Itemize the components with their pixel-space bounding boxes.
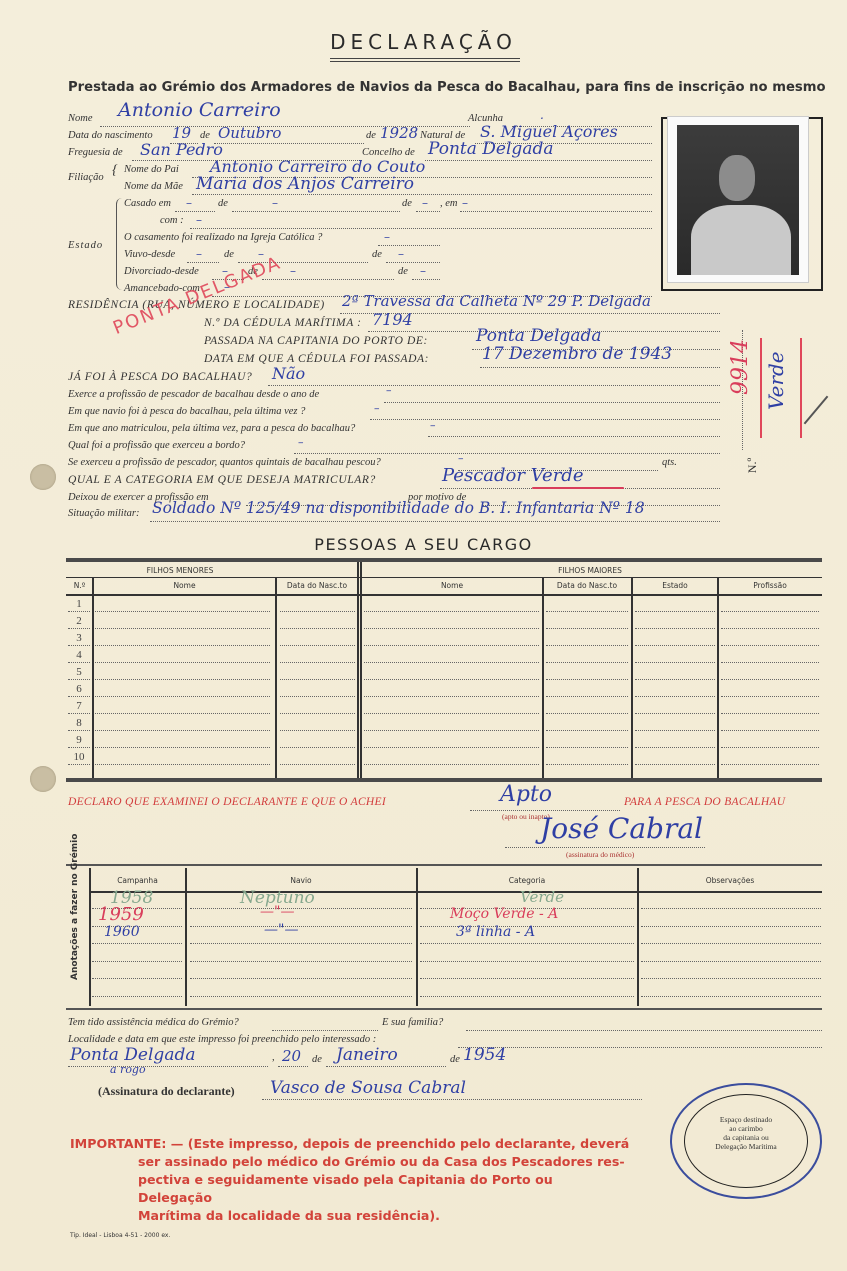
col-campanha: Campanha	[90, 876, 185, 885]
medico-signature-hint: (assinatura do médico)	[566, 850, 634, 859]
cargo-cell-line[interactable]	[280, 662, 355, 663]
divorciado-ano-value[interactable]: –	[420, 264, 426, 278]
cargo-cell-line[interactable]	[546, 713, 628, 714]
profissao-label: Qual foi a profissão que exerceu a bordo…	[68, 440, 245, 451]
cargo-cell-line[interactable]	[635, 662, 715, 663]
divorciado-ano-line	[412, 279, 440, 280]
anotacoes-cell-line[interactable]	[420, 978, 634, 979]
cargo-cell-line[interactable]	[280, 730, 355, 731]
anotacoes-bottom-rule	[66, 1008, 822, 1010]
cargo-cell-line[interactable]	[721, 679, 819, 680]
col-divider	[631, 578, 633, 778]
categoria-1960[interactable]: 3ª linha - A	[456, 924, 535, 940]
anotacoes-cell-line[interactable]	[641, 908, 821, 909]
pai-label: Nome do Pai	[124, 164, 179, 175]
viuvo-dia-line	[187, 262, 219, 263]
seal-text: Espaço destinado ao carimbo da capitania…	[672, 1115, 820, 1151]
de-label: de	[450, 1054, 460, 1065]
declaration-form: DECLARAÇÃO Prestada ao Grémio dos Armado…	[0, 0, 847, 1271]
filiacao-brace: {	[112, 163, 118, 179]
mes-line	[326, 1066, 446, 1067]
igreja-label: O casamento foi realizado na Igreja Cató…	[124, 232, 322, 243]
cargo-cell-line[interactable]	[95, 611, 270, 612]
viuvo-dia-value[interactable]: –	[196, 247, 202, 261]
filhos-maiores-header: FILHOS MAIORES	[360, 566, 820, 575]
cargo-cell-line[interactable]	[546, 747, 628, 748]
capitania-value[interactable]: Ponta Delgada	[476, 326, 601, 346]
campanha-1959[interactable]: 1959	[98, 904, 144, 925]
cargo-cell-line[interactable]	[635, 679, 715, 680]
data-cedula-line	[480, 367, 720, 368]
cargo-cell-line[interactable]	[546, 679, 628, 680]
filhos-menores-header: FILHOS MENORES	[90, 566, 270, 575]
ja-foi-label: JÁ FOI À PESCA DO BACALHAU?	[68, 371, 252, 383]
concelho-value[interactable]: Ponta Delgada	[428, 139, 553, 159]
header-divider	[66, 577, 822, 578]
cargo-cell-line[interactable]	[95, 747, 270, 748]
casado-label: Casado em	[124, 198, 171, 209]
categoria-label: QUAL E A CATEGORIA EM QUE DESEJA MATRICU…	[68, 474, 376, 486]
col-divider	[89, 868, 91, 1006]
comma: ,	[272, 1052, 275, 1063]
quintais-value[interactable]: –	[458, 452, 464, 465]
table-top-rule	[66, 558, 822, 562]
applicant-photo	[668, 117, 808, 282]
divorciado-label: Divorciado-desde	[124, 266, 199, 277]
anotacoes-cell-line[interactable]	[190, 943, 412, 944]
cargo-cell-line[interactable]	[364, 747, 539, 748]
localidade-line-top	[458, 1047, 822, 1048]
cargo-cell-line[interactable]	[546, 628, 628, 629]
col-divider	[416, 868, 418, 1006]
cargo-cell-line[interactable]	[95, 730, 270, 731]
col-nome-menores: Nome	[93, 581, 276, 590]
casado-dia-line	[175, 211, 215, 212]
cargo-cell-line[interactable]	[95, 679, 270, 680]
cargo-cell-line[interactable]	[721, 696, 819, 697]
cargo-cell-line[interactable]	[95, 764, 270, 765]
a-rogo-note: a rogo	[110, 1063, 146, 1076]
cargo-cell-line[interactable]	[364, 679, 539, 680]
cargo-cell-line[interactable]	[95, 645, 270, 646]
de-label: de	[224, 249, 234, 260]
anotacoes-cell-line[interactable]	[641, 943, 821, 944]
ano-line	[428, 436, 720, 437]
mae-line	[192, 194, 652, 195]
anotacoes-cell-line[interactable]	[92, 978, 182, 979]
cargo-cell-line[interactable]	[280, 696, 355, 697]
concelho-line	[425, 160, 652, 161]
anotacoes-cell-line[interactable]	[420, 961, 634, 962]
cargo-cell-line[interactable]	[721, 747, 819, 748]
row-number: 8	[69, 717, 89, 729]
printer-footer: Tip. Ideal - Lisboa 4-51 - 2000 ex.	[70, 1232, 170, 1239]
cargo-cell-line[interactable]	[546, 764, 628, 765]
anotacoes-side-label: Anotações a fazer no Grémio	[70, 834, 80, 980]
militar-line	[150, 521, 720, 522]
casado-mes-value[interactable]: –	[272, 196, 278, 210]
anotacoes-cell-line[interactable]	[641, 978, 821, 979]
quintais-label: Se exerceu a profissão de pescador, quan…	[68, 457, 381, 468]
page-title: DECLARAÇÃO	[0, 30, 847, 54]
important-notice: IMPORTANTE: — (Este impresso, depois de …	[70, 1135, 630, 1225]
col-observacoes: Observações	[638, 876, 822, 885]
freguesia-label: Freguesia de	[68, 147, 123, 158]
important-line: pectiva e seguidamente visado pela Capit…	[70, 1171, 630, 1207]
numero-value[interactable]: 9914	[728, 339, 753, 395]
casado-ano-value[interactable]: –	[422, 196, 428, 210]
viuvo-label: Viuvo-desde	[124, 249, 175, 260]
row-number: 6	[69, 683, 89, 695]
cargo-cell-line[interactable]	[95, 713, 270, 714]
assinatura-label: (Assinatura do declarante)	[98, 1084, 235, 1099]
check-mark-icon	[804, 396, 829, 425]
cargo-cell-line[interactable]	[280, 611, 355, 612]
col-estado: Estado	[632, 581, 718, 590]
row-number-line	[68, 662, 90, 663]
apto-line	[470, 810, 620, 811]
cargo-cell-line[interactable]	[721, 645, 819, 646]
de-label: de	[372, 249, 382, 260]
medico-signature-line	[505, 847, 705, 848]
qts-label: qts.	[662, 457, 677, 468]
profissao-value[interactable]: –	[298, 436, 304, 449]
row-number: 9	[69, 734, 89, 746]
com-label: com :	[160, 215, 184, 226]
capitania-label: PASSADA NA CAPITANIA DO PORTO DE:	[204, 335, 428, 347]
col-divider	[357, 562, 359, 778]
cargo-cell-line[interactable]	[546, 611, 628, 612]
ano-value[interactable]: –	[430, 419, 436, 432]
col-nasc-maiores: Data do Nasc.to	[543, 581, 631, 590]
cargo-cell-line[interactable]	[364, 662, 539, 663]
anotacoes-cell-line[interactable]	[641, 926, 821, 927]
cedula-value[interactable]: 7194	[372, 310, 413, 329]
data-cedula-value[interactable]: 17 Dezembro de 1943	[482, 344, 672, 364]
anotacoes-cell-line[interactable]	[190, 978, 412, 979]
assistencia-label: Tem tido assistência médica do Grémio?	[68, 1017, 239, 1028]
col-numero: N.º	[66, 581, 93, 590]
anotacoes-cell-line[interactable]	[190, 961, 412, 962]
header-bottom-rule	[66, 594, 822, 596]
row-number: 5	[69, 666, 89, 678]
cedula-label: N.º DA CÉDULA MARÍTIMA :	[204, 317, 362, 329]
capitania-seal: Espaço destinado ao carimbo da capitania…	[670, 1083, 822, 1199]
red-vertical-mark	[760, 338, 762, 438]
cargo-cell-line[interactable]	[95, 628, 270, 629]
dia-value[interactable]: 20	[282, 1047, 301, 1065]
nome-label: Nome	[68, 113, 93, 124]
cargo-cell-line[interactable]	[280, 764, 355, 765]
nascimento-mes[interactable]: Outubro	[218, 124, 281, 142]
page-subtitle: Prestada ao Grémio dos Armadores de Navi…	[68, 80, 826, 95]
cargo-cell-line[interactable]	[280, 679, 355, 680]
filiacao-label: Filiação	[68, 172, 104, 183]
row-number-line	[68, 679, 90, 680]
cargo-cell-line[interactable]	[721, 628, 819, 629]
red-vertical-mark	[800, 338, 802, 438]
mae-value[interactable]: Maria dos Anjos Carreiro	[196, 174, 414, 194]
assinatura-value[interactable]: Vasco de Sousa Cabral	[270, 1078, 466, 1098]
cargo-cell-line[interactable]	[635, 645, 715, 646]
seal-line: Delegação Marítima	[672, 1142, 820, 1151]
data-cedula-label: DATA EM QUE A CÉDULA FOI PASSADA:	[204, 353, 429, 365]
localidade-value[interactable]: Ponta Delgada	[70, 1045, 195, 1065]
important-line: Marítima da localidade da sua residência…	[70, 1207, 630, 1225]
cargo-cell-line[interactable]	[635, 696, 715, 697]
cargo-cell-line[interactable]	[546, 730, 628, 731]
cargo-cell-line[interactable]	[364, 628, 539, 629]
cargo-cell-line[interactable]	[721, 662, 819, 663]
casado-em-value[interactable]: –	[462, 196, 468, 210]
cargo-cell-line[interactable]	[635, 764, 715, 765]
row-number: 3	[69, 632, 89, 644]
row-number: 10	[69, 751, 89, 763]
viuvo-ano-value[interactable]: –	[398, 247, 404, 261]
col-divider	[717, 578, 719, 778]
col-categoria: Categoria	[417, 876, 637, 885]
cargo-cell-line[interactable]	[721, 764, 819, 765]
categoria-1959[interactable]: Moço Verde - A	[450, 906, 558, 922]
cargo-cell-line[interactable]	[635, 713, 715, 714]
navio-1960[interactable]: —"—	[264, 922, 298, 938]
cargo-cell-line[interactable]	[635, 747, 715, 748]
mes-value[interactable]: Janeiro	[336, 1045, 398, 1065]
declaro-label: DECLARO QUE EXAMINEI O DECLARANTE E QUE …	[68, 796, 386, 808]
anotacoes-cell-line[interactable]	[641, 996, 821, 997]
important-line: IMPORTANTE: — (Este impresso, depois de …	[70, 1135, 630, 1153]
cargo-cell-line[interactable]	[364, 645, 539, 646]
com-line	[190, 228, 652, 229]
navio-label: Em que navio foi à pesca do bacalhau, pe…	[68, 406, 305, 417]
col-divider	[275, 578, 277, 778]
casado-dia-value[interactable]: –	[186, 196, 192, 210]
localidade-line	[68, 1066, 268, 1067]
row-number: 1	[69, 598, 89, 610]
cargo-cell-line[interactable]	[635, 730, 715, 731]
apto-value[interactable]: Apto	[500, 782, 552, 807]
col-divider	[92, 578, 94, 778]
row-number-line	[68, 628, 90, 629]
cargo-cell-line[interactable]	[721, 713, 819, 714]
row-number: 4	[69, 649, 89, 661]
igreja-value[interactable]: –	[384, 230, 390, 244]
categoria-red-underline	[532, 487, 624, 489]
binder-hole	[30, 766, 56, 792]
nascimento-mes-line	[214, 143, 364, 144]
medical-bottom-rule	[66, 864, 822, 866]
cargo-cell-line[interactable]	[721, 730, 819, 731]
portrait-body	[691, 205, 791, 275]
anotacoes-cell-line[interactable]	[190, 996, 412, 997]
cargo-cell-line[interactable]	[635, 628, 715, 629]
ja-foi-line	[268, 385, 720, 386]
assistencia-line	[272, 1030, 378, 1031]
important-line: ser assinado pelo médico do Grémio ou da…	[70, 1153, 630, 1171]
mae-label: Nome da Mãe	[124, 181, 183, 192]
residencia-value[interactable]: 2ª Travessa da Calheta Nº 29 P. Delgada	[342, 292, 651, 310]
anotacoes-cell-line[interactable]	[420, 996, 634, 997]
cargo-cell-line[interactable]	[280, 747, 355, 748]
profissao-line	[294, 453, 720, 454]
row-number-line	[68, 645, 90, 646]
cargo-cell-line[interactable]	[364, 764, 539, 765]
casado-em-line	[460, 211, 652, 212]
row-number-line	[68, 611, 90, 612]
row-number: 2	[69, 615, 89, 627]
de-label: de	[402, 198, 412, 209]
exerce-label: Exerce a profissão de pescador de bacalh…	[68, 389, 319, 400]
anotacoes-cell-line[interactable]	[92, 961, 182, 962]
seal-line: da capitania ou	[672, 1133, 820, 1142]
casado-mes-line	[232, 211, 400, 212]
cargo-cell-line[interactable]	[364, 730, 539, 731]
anotacoes-cell-line[interactable]	[641, 961, 821, 962]
igreja-line	[378, 245, 440, 246]
navio-value[interactable]: –	[374, 402, 380, 415]
seal-line: Espaço destinado	[672, 1115, 820, 1124]
casado-ano-line	[416, 211, 440, 212]
nome-value[interactable]: Antonio Carreiro	[118, 99, 281, 121]
row-number-line	[68, 696, 90, 697]
viuvo-ano-line	[386, 262, 440, 263]
medico-signature[interactable]: José Cabral	[540, 812, 703, 845]
ja-foi-value[interactable]: Não	[272, 364, 305, 383]
cargo-cell-line[interactable]	[280, 645, 355, 646]
row-number: 7	[69, 700, 89, 712]
de-label: de	[312, 1054, 322, 1065]
col-divider	[360, 562, 362, 778]
navio-line	[370, 419, 720, 420]
portrait-image	[677, 125, 799, 275]
verde-annotation[interactable]: Verde	[764, 351, 788, 410]
anotacoes-cell-line[interactable]	[420, 943, 634, 944]
exerce-line	[384, 402, 720, 403]
de-label: de	[366, 130, 376, 141]
title-underline	[330, 58, 520, 62]
militar-value[interactable]: Soldado Nº 125/49 na disponibilidade do …	[152, 499, 645, 517]
categoria-verde[interactable]: Verde	[520, 888, 564, 906]
estado-brace	[116, 198, 123, 290]
localidade-label: Localidade e data em que este impresso f…	[68, 1034, 376, 1045]
divorciado-mes-value[interactable]: –	[290, 264, 296, 278]
cargo-title: PESSOAS A SEU CARGO	[0, 535, 847, 554]
navio-1959[interactable]: —"—	[260, 904, 294, 920]
col-nasc-menores: Data do Nasc.to	[276, 581, 358, 590]
de-label: de	[398, 266, 408, 277]
col-divider	[185, 868, 187, 1006]
anotacoes-header-rule	[89, 891, 822, 893]
anotacoes-cell-line[interactable]	[190, 926, 412, 927]
portrait-head	[719, 155, 755, 201]
cargo-cell-line[interactable]	[546, 696, 628, 697]
nascimento-ano[interactable]: 1928	[380, 124, 418, 142]
col-navio: Navio	[186, 876, 416, 885]
row-number-line	[68, 764, 90, 765]
cargo-cell-line[interactable]	[546, 662, 628, 663]
table-bottom-rule	[66, 778, 822, 782]
cargo-cell-line[interactable]	[95, 662, 270, 663]
col-nome-maiores: Nome	[362, 581, 542, 590]
binder-hole	[30, 464, 56, 490]
cargo-cell-line[interactable]	[95, 696, 270, 697]
estado-label: Estado	[68, 240, 103, 251]
anotacoes-cell-line[interactable]	[92, 943, 182, 944]
campanha-1960[interactable]: 1960	[104, 924, 140, 940]
cargo-cell-line[interactable]	[280, 713, 355, 714]
cargo-cell-line[interactable]	[546, 645, 628, 646]
dia-line	[278, 1066, 308, 1067]
ano-label: Em que ano matriculou, pela última vez, …	[68, 423, 355, 434]
assinatura-line	[262, 1099, 642, 1100]
para-label: PARA A PESCA DO BACALHAU	[624, 796, 785, 808]
row-number-line	[68, 713, 90, 714]
cargo-cell-line[interactable]	[280, 628, 355, 629]
familia-label: E sua familia?	[382, 1017, 443, 1028]
cargo-cell-line[interactable]	[721, 611, 819, 612]
col-profissao: Profissão	[718, 581, 822, 590]
row-number-line	[68, 730, 90, 731]
militar-label: Situação militar:	[68, 508, 139, 519]
divorciado-mes-line	[262, 279, 394, 280]
exerce-value[interactable]: –	[386, 384, 392, 397]
familia-line	[466, 1030, 822, 1031]
numero-label: N.º	[745, 458, 760, 473]
categoria-value[interactable]: Pescador Verde	[442, 465, 583, 486]
com-value[interactable]: –	[196, 213, 202, 227]
cargo-cell-line[interactable]	[364, 696, 539, 697]
seal-line: ao carimbo	[672, 1124, 820, 1133]
anotacoes-cell-line[interactable]	[92, 996, 182, 997]
col-divider	[637, 868, 639, 1006]
col-divider	[542, 578, 544, 778]
alcunha-value[interactable]: .	[540, 108, 544, 122]
em-label: , em	[440, 198, 458, 209]
cargo-cell-line[interactable]	[364, 611, 539, 612]
cargo-cell-line[interactable]	[635, 611, 715, 612]
cargo-cell-line[interactable]	[364, 713, 539, 714]
row-number-line	[68, 747, 90, 748]
anotacoes-cell-line[interactable]	[190, 908, 412, 909]
ano-value[interactable]: 1954	[463, 1045, 506, 1065]
de-label: de	[218, 198, 228, 209]
